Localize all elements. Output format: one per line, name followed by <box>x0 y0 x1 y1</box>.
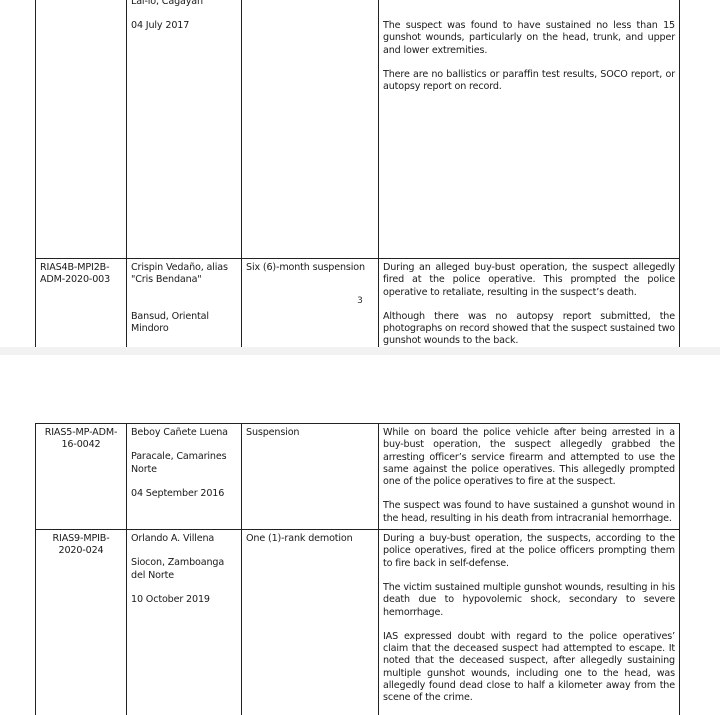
table-row: RIAS5-MP-ADM-16-0042 Beboy Cañete Luena … <box>36 424 680 530</box>
description-paragraph: IAS expressed doubt with regard to the p… <box>383 631 675 705</box>
incident-date: 04 July 2017 <box>131 20 237 32</box>
description-paragraph: The suspect was found to have sustained … <box>383 500 675 525</box>
table-row: Lal-lo, Cagayan 04 July 2017 The suspect… <box>36 0 680 259</box>
location: Siocon, Zamboanga del Norte <box>131 557 237 582</box>
case-number-cell: RIAS5-MP-ADM-16-0042 <box>36 424 127 530</box>
victim-name: Orlando A. Villena <box>131 533 237 545</box>
penalty-cell: Suspension <box>242 424 379 530</box>
page-number: 3 <box>0 296 720 306</box>
description-paragraph: During a buy-bust operation, the suspect… <box>383 533 675 570</box>
penalty-cell: One (1)-rank demotion <box>242 530 379 715</box>
description-paragraph: There are no ballistics or paraffin test… <box>383 69 675 94</box>
description-paragraph: During an alleged buy-bust operation, th… <box>383 262 675 299</box>
location: Bansud, Oriental Mindoro <box>131 311 237 336</box>
case-number-cell <box>36 0 127 259</box>
description-paragraph: Although there was no autopsy report sub… <box>383 311 675 348</box>
document-page-4: RIAS5-MP-ADM-16-0042 Beboy Cañete Luena … <box>0 355 720 715</box>
document-page-3: Lal-lo, Cagayan 04 July 2017 The suspect… <box>0 0 720 347</box>
description-cell: The suspect was found to have sustained … <box>379 0 680 259</box>
victim-cell: Orlando A. Villena Siocon, Zamboanga del… <box>127 530 242 715</box>
location: Paracale, Camarines Norte <box>131 451 237 476</box>
penalty-cell <box>242 0 379 259</box>
description-cell: While on board the police vehicle after … <box>379 424 680 530</box>
description-paragraph: While on board the police vehicle after … <box>383 427 675 488</box>
description-paragraph: The victim sustained multiple gunshot wo… <box>383 582 675 619</box>
page-separator <box>0 347 720 355</box>
victim-name: Beboy Cañete Luena <box>131 427 237 439</box>
incident-date: 10 October 2019 <box>131 594 237 606</box>
case-number-cell: RIAS9-MPIB-2020-024 <box>36 530 127 715</box>
victim-cell: Lal-lo, Cagayan 04 July 2017 <box>127 0 242 259</box>
victim-cell: Beboy Cañete Luena Paracale, Camarines N… <box>127 424 242 530</box>
incident-date: 04 September 2016 <box>131 488 237 500</box>
location: Lal-lo, Cagayan <box>131 0 237 8</box>
cases-table: RIAS5-MP-ADM-16-0042 Beboy Cañete Luena … <box>35 423 680 715</box>
table-row: RIAS9-MPIB-2020-024 Orlando A. Villena S… <box>36 530 680 715</box>
description-cell: During a buy-bust operation, the suspect… <box>379 530 680 715</box>
description-paragraph: The suspect was found to have sustained … <box>383 20 675 57</box>
victim-name: Crispin Vedaño, alias "Cris Bendana" <box>131 262 237 287</box>
